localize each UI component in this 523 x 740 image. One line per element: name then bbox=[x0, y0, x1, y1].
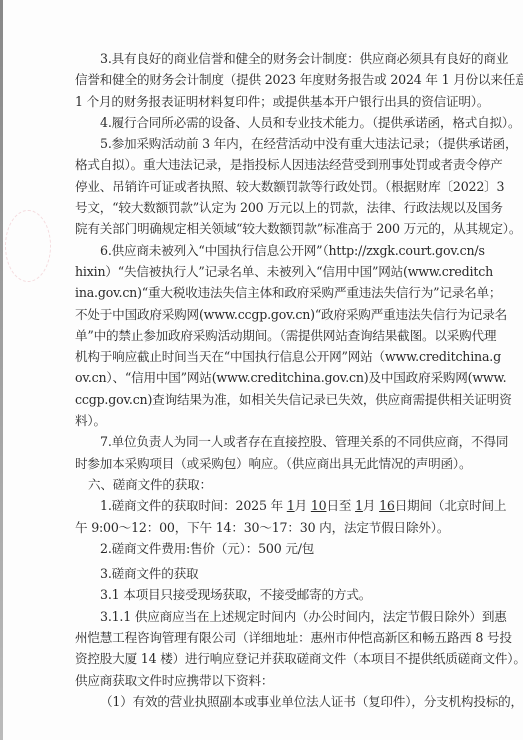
text-line: 3.磋商文件的获取 bbox=[75, 563, 443, 584]
text-line: 5.参加采购活动前 3 年内，在经营活动中没有重大违法记录；（提供承诺函， bbox=[75, 133, 443, 154]
scan-edge bbox=[0, 0, 3, 740]
start-month: 1 bbox=[287, 498, 295, 513]
faded-stamp bbox=[5, 210, 51, 282]
text-line: 午 9:00～12：00，下午 14：30～17：30 内，法定节假日除外）。 bbox=[75, 517, 443, 538]
end-month: 1 bbox=[355, 498, 363, 513]
text-line: 州恺慧工程咨询管理有限公司（详细地址：惠州市仲恺高新区和畅五路西 8 号投 bbox=[75, 627, 443, 648]
text-line: 资控股大厦 14 楼）进行响应登记并获取磋商文件（本项目不提供纸质磋商文件）。 bbox=[75, 648, 443, 669]
text-line: 3.具有良好的商业信誉和健全的财务会计制度：供应商必须具有良好的商业 bbox=[75, 48, 443, 69]
text-line: 机构于响应截止时间当天在“中国执行信息公开网”网站（www.creditchin… bbox=[75, 346, 443, 367]
text-line: 6.供应商未被列入“中国执行信息公开网”（http://zxgk.court.g… bbox=[75, 240, 443, 261]
text-line: ov.cn）、“信用中国”网站(www.creditchina.gov.cn)及… bbox=[75, 367, 443, 388]
text-line: 3.1.1 供应商应当在上述规定时间内（办公时间内，法定节假日除外）到惠 bbox=[75, 606, 443, 627]
end-day: 16 bbox=[379, 498, 395, 513]
text-line: 1 个月的财务报表证明材料复印件；或提供基本开户银行出具的资信证明）。 bbox=[75, 91, 443, 112]
text-line: ccgp.gov.cn)查询结果为准，如相关失信记录已失效，供应商需提供相关证明… bbox=[75, 389, 443, 410]
document-page: 3.具有良好的商业信誉和健全的财务会计制度：供应商必须具有良好的商业 信誉和健全… bbox=[75, 48, 443, 712]
text-line: 单”中的禁止参加政府采购活动期间。（需提供网站查询结果截图。以采购代理 bbox=[75, 325, 443, 346]
text-line: 时参加本采购项目（或采购包）响应。（供应商出具无此情况的声明函）。 bbox=[75, 453, 443, 474]
text-line: ina.gov.cn)“重大税收违法失信主体和政府采购严重违法失信行为”记录名单… bbox=[75, 282, 443, 303]
start-day: 10 bbox=[311, 498, 327, 513]
text-line: 4.履行合同所必需的设备、人员和专业技术能力。（提供承诺函，格式自拟）。 bbox=[75, 112, 443, 133]
text-line: 停业、吊销许可证或者执照、较大数额罚款等行政处罚。（根据财库〔2022〕3 bbox=[75, 176, 443, 197]
text-line: 院有关部门明确规定相关领域“较大数额罚款”标准高于 200 万元的，从其规定）。 bbox=[75, 218, 443, 239]
text-line: 号文，“较大数额罚款”认定为 200 万元以上的罚款，法律、行政法规以及国务 bbox=[75, 197, 443, 218]
text-line: 7.单位负责人为同一人或者存在直接控股、管理关系的不同供应商，不得同 bbox=[75, 431, 443, 452]
text-line: （1）有效的营业执照副本或事业单位法人证书（复印件），分支机构投标的， bbox=[75, 691, 443, 712]
text-line: 料）。 bbox=[75, 410, 443, 431]
text-line: hixin）“失信被执行人”记录名单、未被列入“信用中国”网站(www.cred… bbox=[75, 261, 443, 282]
text-line: 2.磋商文件费用:售价（元）：500 元/包 bbox=[75, 538, 443, 559]
text-line: 不处于中国政府采购网(www.ccgp.gov.cn)“政府采购严重违法失信行为… bbox=[75, 304, 443, 325]
acquisition-time-line: 1.磋商文件的获取时间：2025 年 1月 10日至 1月 16日期间（北京时间… bbox=[75, 495, 443, 516]
text-line: 格式自拟）。重大违法记录，是指投标人因违法经营受到刑事处罚或者责令停产 bbox=[75, 154, 443, 175]
text-line: 信誉和健全的财务会计制度（提供 2023 年度财务报告或 2024 年 1 月份… bbox=[75, 69, 443, 90]
text-line: 供应商获取文件时应携带以下资料： bbox=[75, 670, 443, 691]
text-line: 3.1 本项目只接受现场获取，不接受邮寄的方式。 bbox=[75, 584, 443, 605]
section-heading: 六、磋商文件的获取： bbox=[75, 474, 443, 495]
